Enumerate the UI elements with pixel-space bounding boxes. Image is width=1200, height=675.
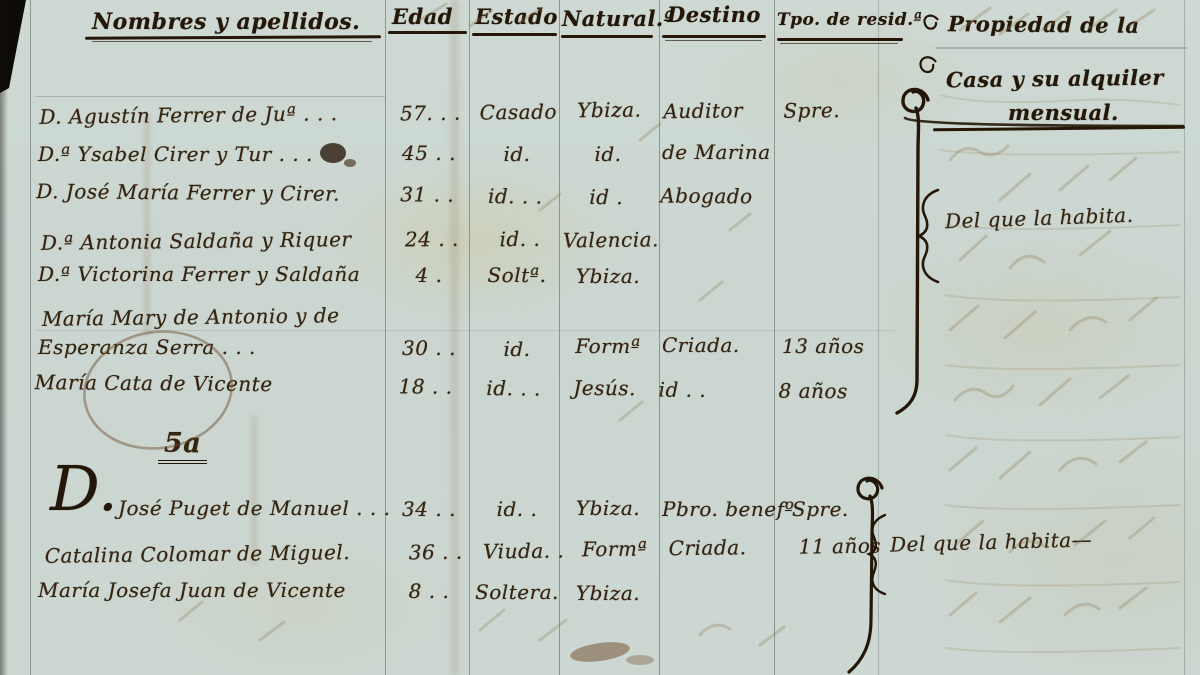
cell-tpo: 13 años	[782, 334, 904, 358]
cell-destino: id . .	[658, 378, 773, 403]
cell-natural: Ybiza.	[560, 581, 656, 605]
header-edad: Edad	[392, 4, 453, 29]
cell-nombre: D. José María Ferrer y Cirer.	[36, 179, 384, 206]
cell-destino	[665, 223, 780, 224]
cell-estado: id. .	[472, 497, 562, 521]
flourish-initial-d: D.	[50, 452, 118, 525]
cell-tpo: Spre.	[783, 97, 905, 122]
cell-tpo	[780, 186, 902, 187]
header-underline	[388, 31, 467, 34]
scan-edge-shadow	[0, 0, 8, 675]
cell-estado: Soltera.	[472, 580, 562, 604]
column-rule	[469, 0, 470, 675]
cell-tpo	[785, 221, 907, 222]
header-underline	[85, 35, 381, 40]
cell-natural: Valencia.	[563, 227, 659, 252]
cell-estado: id. . .	[469, 376, 559, 401]
row-baseline	[35, 330, 895, 331]
header-underline	[662, 35, 766, 38]
cell-nombre: D.ª Antonia Saldaña y Riquer	[41, 227, 389, 255]
header-underline	[561, 35, 653, 38]
smear-stain	[569, 639, 631, 665]
cell-edad: 4 .	[398, 263, 460, 287]
header-underline	[472, 33, 557, 36]
bleed-through-marks	[940, 95, 1180, 652]
cell-edad: 8 . .	[398, 579, 460, 603]
cell-nombre: José Puget de Manuel . . .	[118, 496, 388, 520]
cell-edad: 34 . .	[398, 497, 460, 521]
column-rule	[1184, 0, 1185, 675]
cell-natural: Ybiza.	[560, 264, 656, 288]
cell-edad: 24 . .	[401, 227, 463, 252]
cell-estado: id. . .	[470, 184, 560, 209]
cell-edad: 30 . .	[398, 336, 460, 360]
header-underline	[777, 38, 903, 41]
cell-estado: id.	[472, 337, 562, 361]
section-label: 5a	[158, 428, 207, 464]
header-underline	[935, 47, 1187, 49]
cell-estado: Viuda. .	[479, 538, 569, 563]
header-curl	[924, 16, 938, 29]
cell-destino: Abogado	[660, 184, 775, 209]
cell-natural: Formª	[560, 334, 656, 358]
cell-natural: Formª	[567, 536, 663, 561]
mensual-underline	[933, 126, 1185, 132]
cell-edad: 18 . .	[395, 374, 457, 399]
cell-destino: Auditor	[663, 98, 778, 123]
cell-edad: 45 . .	[398, 141, 460, 165]
table-row: D. José María Ferrer y Cirer. 31 . . id.…	[0, 0, 1200, 5]
cell-natural: id.	[560, 142, 656, 166]
cell-edad: 57. . .	[399, 101, 461, 126]
group1-note: Del que la habita.	[945, 203, 1134, 234]
cell-estado: id. .	[475, 226, 565, 251]
cell-nombre: María Mary de Antonio y de	[42, 303, 390, 331]
cell-edad: 31 . .	[396, 182, 458, 207]
column-rule	[659, 0, 660, 675]
cell-destino: Pbro. benefº	[662, 497, 777, 521]
cell-nombre: D. Agustín Ferrer de Juª . . .	[39, 101, 387, 129]
header-underline	[780, 43, 898, 44]
column-rule	[30, 0, 31, 675]
cell-edad: 36 . .	[405, 540, 467, 565]
row-baseline	[35, 96, 385, 97]
header-estado: Estado	[475, 4, 558, 29]
cell-nombre: Esperanza Serra . . .	[38, 335, 386, 359]
header-underline	[665, 40, 762, 41]
cell-destino: Criada.	[662, 333, 777, 357]
cell-nombre: Catalina Colomar de Miguel.	[45, 540, 393, 568]
group1-note-brace	[919, 190, 938, 282]
smear-stain	[626, 655, 654, 665]
cell-tpo: Spre.	[792, 497, 914, 521]
header-propiedad-line2: Casa y su alquiler	[946, 65, 1164, 93]
cell-estado: id.	[472, 142, 562, 166]
cell-nombre: María Cata de Vicente	[35, 370, 383, 397]
cell-tpo: 8 años	[778, 379, 900, 404]
manuscript-census-page: Nombres y apellidos. Edad Estado Natural…	[0, 0, 1200, 675]
header-underline	[92, 41, 372, 42]
cell-destino: Criada.	[669, 535, 784, 560]
cell-natural: Ybiza.	[560, 496, 656, 520]
cell-natural: Ybiza.	[561, 97, 657, 122]
header-curl	[920, 57, 936, 72]
group2-note: Del que la habita—	[890, 527, 1093, 556]
header-propiedad-line1: Propiedad de la	[948, 11, 1140, 38]
cell-destino: de Marina	[662, 140, 777, 164]
header-destino: Destino	[667, 2, 761, 27]
group1-brace	[897, 90, 1183, 414]
cell-estado: Soltª.	[472, 263, 562, 287]
header-propiedad-line3: mensual.	[1008, 100, 1119, 125]
table-row: María Cata de Vicente 18 . . id. . . Jes…	[0, 0, 1200, 5]
header-natural: Natural.ª	[562, 6, 674, 31]
cell-nombre: María Josefa Juan de Vicente	[38, 578, 386, 602]
cell-nombre: D.ª Ysabel Cirer y Tur . . .	[38, 142, 386, 166]
cell-nombre: D.ª Victorina Ferrer y Saldaña	[38, 262, 386, 286]
header-nombres: Nombres y apellidos.	[92, 9, 360, 35]
cell-estado: Casado	[473, 99, 563, 124]
cell-natural: Jesús.	[557, 376, 653, 401]
header-tpo-resid: Tpo. de resid.ª	[777, 10, 922, 30]
cell-natural: id .	[558, 185, 654, 210]
